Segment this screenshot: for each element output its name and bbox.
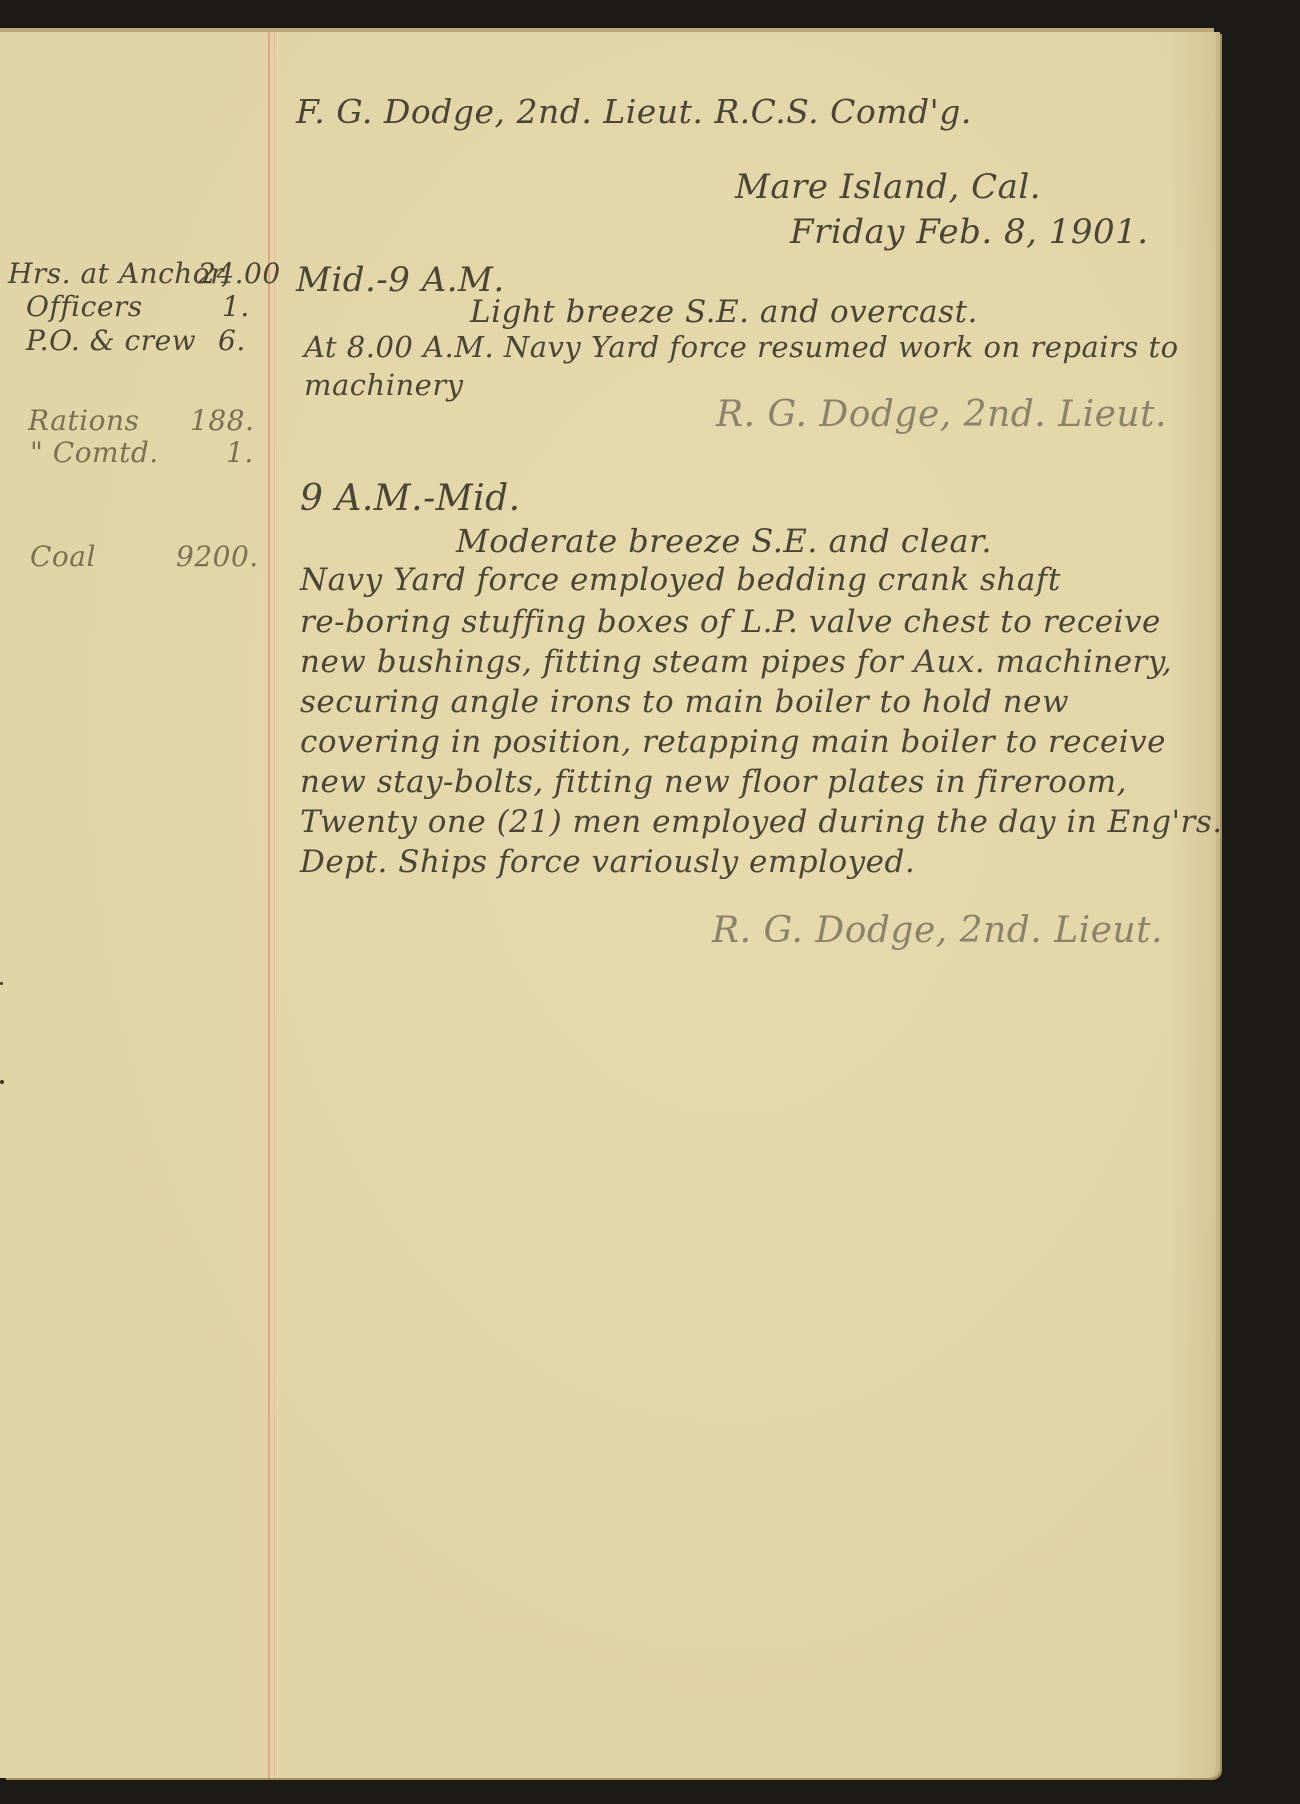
ledger-label: Rations	[28, 404, 139, 437]
entry-line: Dept. Ships force variously employed.	[300, 844, 915, 880]
weather-line: Light breeze S.E. and overcast.	[470, 294, 978, 330]
ledger-row: " Comtd. 1.	[0, 436, 268, 476]
margin-rule-secondary	[274, 32, 275, 1778]
ledger-value: 6.	[218, 324, 246, 357]
entry-line: re-boring stuffing boxes of L.P. valve c…	[300, 604, 1161, 640]
ledger-value: 9200.	[176, 540, 259, 573]
entry-line: machinery	[304, 368, 464, 402]
signature: R. G. Dodge, 2nd. Lieut.	[716, 394, 1167, 435]
weather-line: Moderate breeze S.E. and clear.	[456, 522, 992, 560]
watch-heading: 9 A.M.-Mid.	[300, 478, 521, 519]
ledger-label: P.O. & crew	[26, 324, 196, 357]
ledger-label: " Comtd.	[30, 436, 159, 469]
entry-line: Navy Yard force employed bedding crank s…	[300, 562, 1061, 598]
entry-line: securing angle irons to main boiler to h…	[300, 684, 1069, 720]
ledger-label: Officers	[26, 290, 143, 323]
entry-line: Twenty one (21) men employed during the …	[300, 804, 1223, 840]
log-page: F. G. Dodge, 2nd. Lieut. R.C.S. Comd'g. …	[0, 32, 1216, 1778]
ledger-value: 1.	[222, 290, 250, 323]
ledger-label: Hrs. at Anchor,	[8, 257, 230, 290]
date: Friday Feb. 8, 1901.	[790, 212, 1149, 252]
margin-rule	[268, 32, 270, 1778]
ledger-row: Coal 9200.	[0, 540, 268, 580]
location: Mare Island, Cal.	[735, 167, 1041, 207]
signature: R. G. Dodge, 2nd. Lieut.	[712, 910, 1163, 951]
ledger-value: 24.00	[198, 257, 281, 290]
binding-hole-mark	[0, 1080, 4, 1084]
entry-line: covering in position, retapping main boi…	[300, 724, 1166, 760]
ledger-label: Coal	[30, 540, 96, 573]
ledger-value: 1.	[226, 436, 254, 469]
commander-line: F. G. Dodge, 2nd. Lieut. R.C.S. Comd'g.	[296, 92, 972, 131]
entry-line: new bushings, fitting steam pipes for Au…	[300, 644, 1172, 680]
entry-line: new stay-bolts, fitting new floor plates…	[300, 764, 1127, 800]
binding-hole-mark	[0, 982, 3, 985]
ledger-row: P.O. & crew 6.	[0, 324, 268, 364]
entry-line: At 8.00 A.M. Navy Yard force resumed wor…	[304, 330, 1179, 364]
ledger-value: 188.	[190, 404, 254, 437]
